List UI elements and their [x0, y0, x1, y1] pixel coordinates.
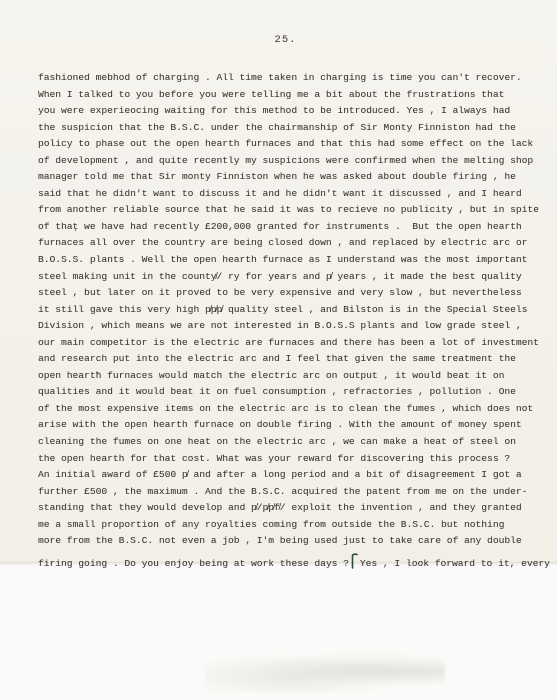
typed-line: it still gave this very high p̸p̸p̸ qual… — [38, 302, 538, 319]
typed-line: the suspicion that the B.S.C. under the … — [38, 120, 538, 137]
typed-line: you were experieocing waiting for this m… — [38, 103, 538, 120]
typed-line: open heartħ furnaces would match the ele… — [38, 368, 538, 385]
typed-line: manager told me that Sir monty Finniston… — [38, 169, 538, 186]
typed-line: steel , but later on it proved to be ver… — [38, 285, 538, 302]
typed-line: qualities and it would beat it on fuel c… — [38, 384, 538, 401]
typed-line: of development , and quite recently my s… — [38, 153, 538, 170]
page-number: 25. — [0, 34, 557, 46]
typed-line: standing that they would develop and p̸/… — [38, 500, 538, 517]
typed-line: fashioned mebhod of charging . All time … — [38, 70, 538, 87]
typed-line: B.O.S.S. plants . Well the open hearth f… — [38, 252, 538, 269]
pen-corner-mark-icon — [351, 553, 359, 569]
typed-line: When I talked to you before you were tel… — [38, 87, 538, 104]
typed-line-segment: firing going . Do you enjoy being at wor… — [38, 556, 349, 573]
typed-line: said that he didn't want to discuss it a… — [38, 186, 538, 203]
typed-text-block: fashioned mebhod of charging . All time … — [38, 70, 538, 566]
typed-line: furnaces all over the country are being … — [38, 235, 538, 252]
typed-line-segment: Yes , I look forward to it, every — [360, 556, 550, 573]
pencil-smudge — [205, 648, 445, 692]
typed-line: further £500 , the maximum . And the B.S… — [38, 484, 538, 501]
typed-line: of thaţ we have had recently £200,000 gr… — [38, 219, 538, 236]
typed-line: me a small proportion of any royalties c… — [38, 517, 538, 534]
typed-line: of the most expensive items on the elect… — [38, 401, 538, 418]
typed-line: and research put into the electric arc a… — [38, 351, 538, 368]
typed-line: policy to phase out the open hearth furn… — [38, 136, 538, 153]
typed-line: arise with the open hearth furnace on do… — [38, 417, 538, 434]
typed-line: An initial award of £500 p̸ and after a … — [38, 467, 538, 484]
typed-line: from another reliable source that he sai… — [38, 202, 538, 219]
typed-line: cleaning the fumes on one heat on the el… — [38, 434, 538, 451]
scanned-document: 25. fashioned mebhod of charging . All t… — [0, 0, 557, 700]
typed-line: steel making unit in the county̸/ ry for… — [38, 269, 538, 286]
typed-line: firing going . Do you enjoy being at wor… — [38, 550, 538, 567]
typed-line: our main competitor is the electric are … — [38, 335, 538, 352]
typed-line: Division , which means we are not intere… — [38, 318, 538, 335]
typed-line: more from the B.S.C. not even a job , I'… — [38, 533, 538, 550]
typed-line: the open hearth for that cost. What was … — [38, 451, 538, 468]
